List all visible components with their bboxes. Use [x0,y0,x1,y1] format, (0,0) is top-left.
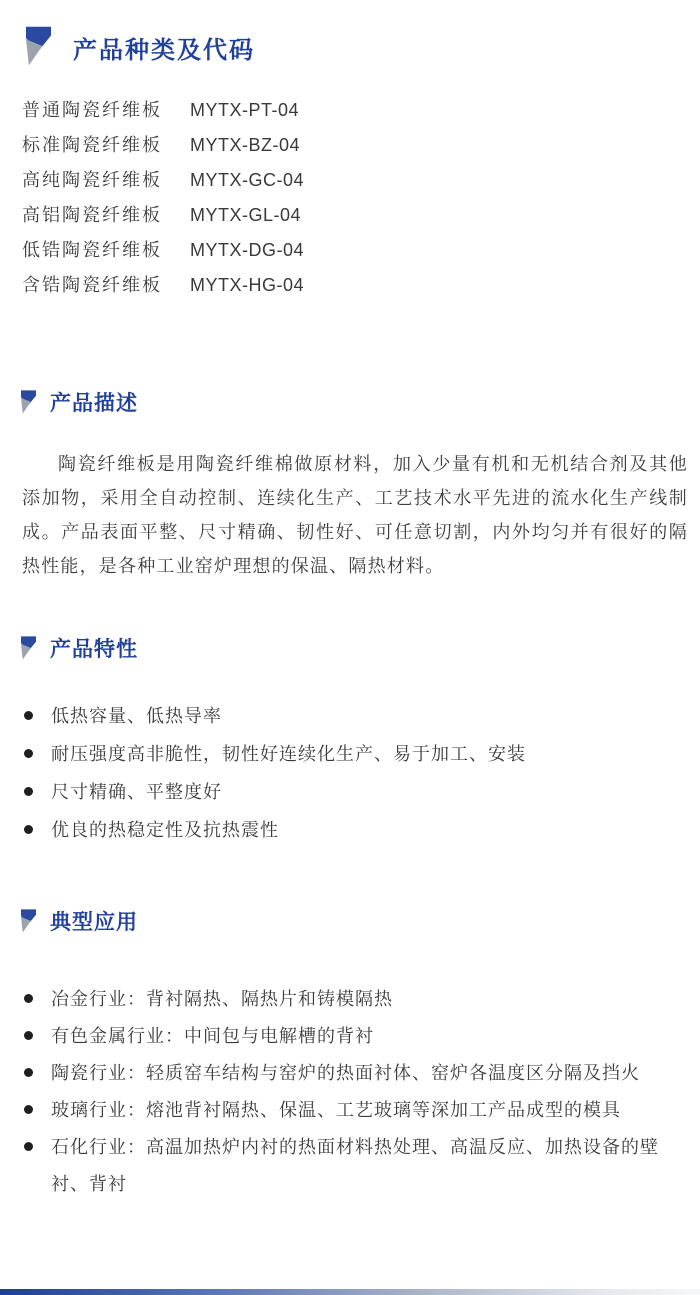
application-text: 冶金行业：背衬隔热、隔热片和铸模隔热 [51,989,393,1009]
product-code: MYTX-GC-04 [190,163,304,198]
application-text: 有色金属行业：中间包与电解槽的背衬 [51,1026,374,1046]
application-text: 石化行业：高温加热炉内衬的热面材料热处理、高温反应、加热设备的壁衬、背衬 [51,1137,659,1194]
product-datasheet-page: 产品种类及代码 普通陶瓷纤维板 MYTX-PT-04 标准陶瓷纤维板 MYTX-… [0,0,700,1295]
dot-icon [24,825,33,834]
section-header-description: 产品描述 [21,387,138,417]
section-title-catalog: 产品种类及代码 [73,30,255,65]
product-code-list: 普通陶瓷纤维板 MYTX-PT-04 标准陶瓷纤维板 MYTX-BZ-04 高纯… [22,93,304,303]
product-code-row: 标准陶瓷纤维板 MYTX-BZ-04 [22,128,304,163]
description-paragraph: 陶瓷纤维板是用陶瓷纤维棉做原材料，加入少量有机和无机结合剂及其他添加物，采用全自… [22,447,688,583]
section-title-applications: 典型应用 [50,906,138,936]
application-text: 玻璃行业：熔池背衬隔热、保温、工艺玻璃等深加工产品成型的模具 [51,1100,621,1120]
section-header-catalog: 产品种类及代码 [26,26,255,68]
application-item: 有色金属行业：中间包与电解槽的背衬 [22,1018,690,1055]
product-code-row: 高铝陶瓷纤维板 MYTX-GL-04 [22,198,304,233]
flag-ribbon-icon [21,634,36,663]
section-title-description: 产品描述 [50,387,138,417]
product-name: 普通陶瓷纤维板 [22,93,185,128]
dot-icon [24,787,33,796]
product-name: 含锆陶瓷纤维板 [22,268,185,303]
flag-ribbon-icon [21,907,36,936]
product-code: MYTX-DG-04 [190,233,304,268]
section-header-applications: 典型应用 [21,906,138,936]
feature-item: 低热容量、低热导率 [22,697,526,735]
feature-item: 尺寸精确、平整度好 [22,773,526,811]
applications-list: 冶金行业：背衬隔热、隔热片和铸模隔热 有色金属行业：中间包与电解槽的背衬 陶瓷行… [22,981,690,1203]
application-item: 玻璃行业：熔池背衬隔热、保温、工艺玻璃等深加工产品成型的模具 [22,1092,690,1129]
product-name: 低锆陶瓷纤维板 [22,233,185,268]
product-code: MYTX-HG-04 [190,268,304,303]
product-name: 高纯陶瓷纤维板 [22,163,185,198]
dot-icon [24,1142,33,1151]
application-item: 陶瓷行业：轻质窑车结构与窑炉的热面衬体、窑炉各温度区分隔及挡火 [22,1055,690,1092]
feature-item: 耐压强度高非脆性，韧性好连续化生产、易于加工、安装 [22,735,526,773]
product-name: 标准陶瓷纤维板 [22,128,185,163]
footer-gradient-bar [0,1289,700,1295]
dot-icon [24,1068,33,1077]
section-header-features: 产品特性 [21,633,138,663]
feature-item: 优良的热稳定性及抗热震性 [22,811,526,849]
feature-text: 优良的热稳定性及抗热震性 [51,820,279,840]
dot-icon [24,1031,33,1040]
application-text: 陶瓷行业：轻质窑车结构与窑炉的热面衬体、窑炉各温度区分隔及挡火 [51,1063,640,1083]
feature-text: 低热容量、低热导率 [51,706,222,726]
application-item: 冶金行业：背衬隔热、隔热片和铸模隔热 [22,981,690,1018]
dot-icon [24,749,33,758]
feature-text: 耐压强度高非脆性，韧性好连续化生产、易于加工、安装 [51,744,526,764]
flag-ribbon-icon [26,26,51,68]
product-name: 高铝陶瓷纤维板 [22,198,185,233]
flag-ribbon-icon [21,388,36,417]
dot-icon [24,1105,33,1114]
dot-icon [24,711,33,720]
feature-text: 尺寸精确、平整度好 [51,782,222,802]
product-code-row: 低锆陶瓷纤维板 MYTX-DG-04 [22,233,304,268]
dot-icon [24,994,33,1003]
application-item: 石化行业：高温加热炉内衬的热面材料热处理、高温反应、加热设备的壁衬、背衬 [22,1129,690,1203]
product-code: MYTX-BZ-04 [190,128,300,163]
features-list: 低热容量、低热导率 耐压强度高非脆性，韧性好连续化生产、易于加工、安装 尺寸精确… [22,697,526,849]
product-code-row: 含锆陶瓷纤维板 MYTX-HG-04 [22,268,304,303]
product-code-row: 高纯陶瓷纤维板 MYTX-GC-04 [22,163,304,198]
product-code-row: 普通陶瓷纤维板 MYTX-PT-04 [22,93,304,128]
product-code: MYTX-GL-04 [190,198,301,233]
product-code: MYTX-PT-04 [190,93,299,128]
section-title-features: 产品特性 [50,633,138,663]
